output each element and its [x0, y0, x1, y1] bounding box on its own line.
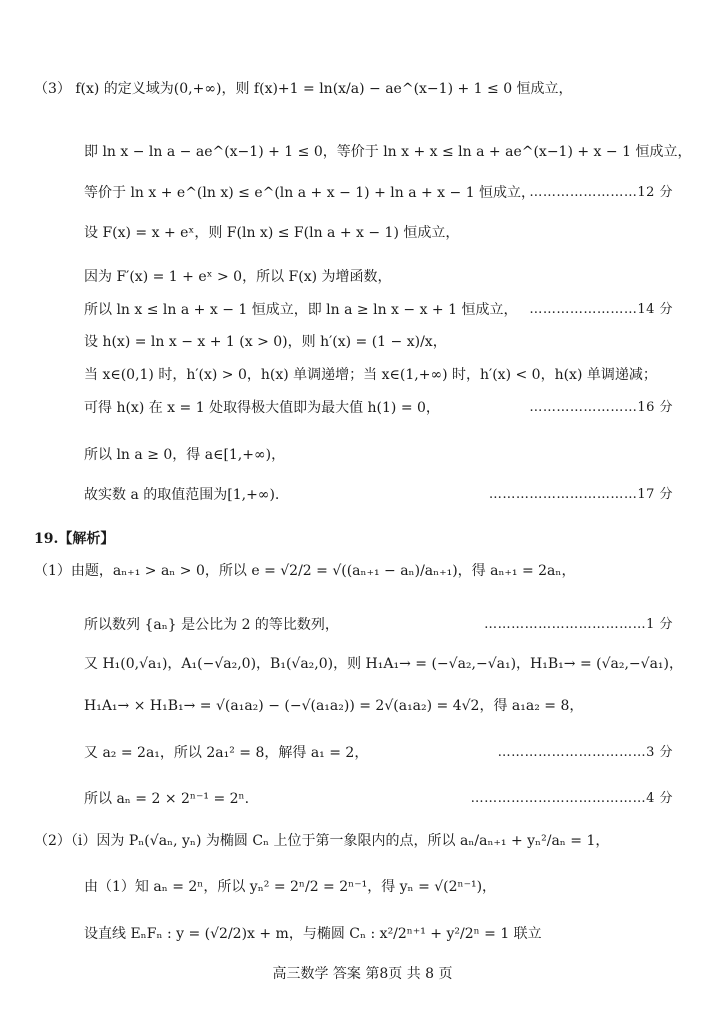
solution-line: 等价于 ln x + e^(ln x) ≤ e^(ln a + x − 1) +…	[84, 184, 535, 202]
solution-line: 即 ln x − ln a − ae^(x−1) + 1 ≤ 0，等价于 ln …	[84, 143, 691, 161]
solution-line: （2）（i）因为 Pₙ(√aₙ, yₙ) 为椭圆 Cₙ 上位于第一象限内的点，所…	[34, 832, 609, 850]
score-marker: ……………………12 分	[529, 184, 673, 202]
solution-line: 由（1）知 aₙ = 2ⁿ，所以 yₙ² = 2ⁿ/2 = 2ⁿ⁻¹，得 yₙ …	[84, 878, 496, 896]
solution-line: 所以 aₙ = 2 × 2ⁿ⁻¹ = 2ⁿ.	[84, 790, 249, 808]
solution-line: （3） f(x) 的定义域为(0,+∞)，则 f(x)+1 = ln(x/a) …	[34, 80, 573, 98]
score-marker: ……………………………17 分	[489, 486, 673, 504]
score-marker: …………………………………4 分	[471, 790, 673, 808]
solution-line: 所以数列 {aₙ} 是公比为 2 的等比数列，	[84, 616, 339, 634]
solution-line: 当 x∈(0,1) 时，h′(x) > 0，h(x) 单调递增；当 x∈(1,+…	[84, 366, 657, 384]
solution-line: H₁A₁→ × H₁B₁→ = √(a₁a₂) − (−√(a₁a₂)) = 2…	[84, 697, 583, 715]
solution-line: 设 h(x) = ln x − x + 1 (x > 0)，则 h′(x) = …	[84, 333, 447, 351]
solution-line: 可得 h(x) 在 x = 1 处取得极大值即为最大值 h(1) = 0，	[84, 399, 440, 417]
solution-line: 设 F(x) = x + eˣ，则 F(ln x) ≤ F(ln a + x −…	[84, 224, 459, 242]
solution-line: 所以 ln a ≥ 0，得 a∈[1,+∞)，	[84, 446, 285, 464]
score-marker: ……………………………3 分	[498, 744, 673, 762]
page-footer: 高三数学 答案 第8页 共 8 页	[0, 963, 725, 983]
solution-line: 所以 ln x ≤ ln a + x − 1 恒成立，即 ln a ≥ ln x…	[84, 301, 517, 319]
solution-line: 设直线 EₙFₙ : y = (√2/2)x + m，与椭圆 Cₙ : x²/2…	[84, 925, 542, 943]
score-marker: ………………………………1 分	[484, 616, 673, 634]
solution-line: 19.【解析】	[34, 528, 114, 548]
solution-line: 故实数 a 的取值范围为[1,+∞).	[84, 486, 279, 504]
solution-line: 因为 F′(x) = 1 + eˣ > 0，所以 F(x) 为增函数，	[84, 268, 392, 286]
solution-line: 又 a₂ = 2a₁，所以 2a₁² = 8，解得 a₁ = 2，	[84, 744, 368, 762]
score-marker: ……………………14 分	[529, 301, 673, 319]
score-marker: ……………………16 分	[529, 399, 673, 417]
solution-line: （1）由题，aₙ₊₁ > aₙ > 0，所以 e = √2/2 = √((aₙ₊…	[34, 562, 575, 580]
solution-line: 又 H₁(0,√a₁)，A₁(−√a₂,0)，B₁(√a₂,0)，则 H₁A₁→…	[84, 655, 683, 673]
